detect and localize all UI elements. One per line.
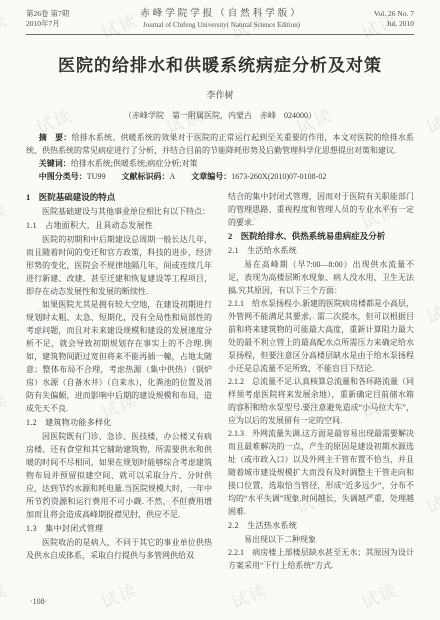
article-title: 医院的给排水和供暖系统病症分析及对策 <box>30 55 410 77</box>
keywords-text: 给排水系统;供暖系统;病症分析;对策 <box>71 159 198 168</box>
body-paragraph: 易出现以下二种现象 <box>228 533 414 546</box>
body-paragraph: 2.1.3 外网流量失调.这方面是最容易出现最需要解决而且最难解决的一点，产生的… <box>228 427 414 518</box>
section-heading: 1.1 占地面积大，且具动态发展性 <box>26 219 212 232</box>
section-heading: 2 医院给排水、供热系统易患病症及分析 <box>228 230 414 243</box>
clc-value: TU99 <box>87 172 106 181</box>
classification-line: 中图分类号：TU99文献标识码：A文章编号：1673-260X(2010)07-… <box>26 170 414 183</box>
header-right: Vol. 26 No. 7 Jul. 2010 <box>374 9 414 30</box>
volume-issue-en: Vol. 26 No. 7 <box>374 9 414 20</box>
keywords-label: 关键词： <box>39 159 71 168</box>
body-columns: 1 医院基础建设的特点医院基础建设与其他事业单位相比有以下特点：1.1 占地面积… <box>26 190 414 572</box>
section-heading: 1 医院基础建设的特点 <box>26 191 212 204</box>
article-affiliation: （赤峰学院 第一附属医院，内蒙古 赤峰 024000） <box>0 110 440 121</box>
body-paragraph: 因医院既有门诊、急诊、医技楼，办公楼又有病房楼、还有食堂和其它辅助建筑物，所需要… <box>26 430 212 521</box>
volume-issue-cn: 第26卷 第7期 <box>26 9 69 20</box>
article-id-label: 文章编号： <box>191 172 231 181</box>
doc-code-value: A <box>169 172 175 181</box>
header-left: 第26卷 第7期 2010年7月 <box>26 9 69 30</box>
body-paragraph: 医院的初期和中后期建设总周期一般长达几年，而且随着时间的变迁和官方政策，科技的进… <box>26 233 212 298</box>
journal-name-en: Journal of Chifeng University( Natural S… <box>140 20 303 30</box>
body-paragraph: 结合的集中封闭式管理，因而对于医院有关职能部门的管理思路、重视程度和管理人员的专… <box>228 190 414 229</box>
header-center: 赤峰学院学报（自然科学版） Journal of Chifeng Univers… <box>140 8 303 30</box>
journal-header: 第26卷 第7期 2010年7月 赤峰学院学报（自然科学版） Journal o… <box>26 0 414 35</box>
body-paragraph: 如果医院尤其是拥有较大空地，在建设初期进行规划时太粗、太急、短期化，没有全局性和… <box>26 298 212 415</box>
keywords-line: 关键词：给排水系统;供暖系统;病症分析;对策 <box>26 157 414 170</box>
section-heading: 2.2 生活热水系统 <box>228 519 414 532</box>
section-heading: 1.3 集中封闭式管理 <box>26 522 212 535</box>
abstract-label: 摘 要： <box>39 133 72 142</box>
article-id-value: 1673-260X(2010)07-0108-02 <box>231 172 326 181</box>
issue-date-cn: 2010年7月 <box>26 19 69 30</box>
issue-date-en: Jul. 2010 <box>374 19 414 30</box>
body-paragraph: 2.1.1 给水泵扬程小.新建的医院病房楼都是小高层，外管网不能满足其要求，需二… <box>228 297 414 375</box>
watermark-text: 试读 <box>227 576 272 613</box>
watermark-text: 试读 <box>357 576 402 613</box>
section-heading: 2.1 生活给水系统 <box>228 244 414 257</box>
clc-label: 中图分类号： <box>39 172 87 181</box>
journal-page: 试读试读试读试读试读试读试读试读试读试读试读试读试读试读试读试读试读试读试读试读… <box>0 0 440 620</box>
watermark-text: 试读 <box>0 576 11 613</box>
abstract-text: 给排水系统、供暖系统的效果对于医院的正常运行起到至关重要的作用，本文对医院的给排… <box>26 133 414 155</box>
abstract: 摘 要：给排水系统、供暖系统的效果对于医院的正常运行起到至关重要的作用，本文对医… <box>26 131 414 157</box>
page-number: ·108· <box>30 597 47 606</box>
watermark-text: 试读 <box>97 576 142 613</box>
right-column: 结合的集中封闭式管理，因而对于医院有关职能部门的管理思路、重视程度和管理人员的专… <box>228 190 414 572</box>
journal-name-cn: 赤峰学院学报（自然科学版） <box>140 8 303 20</box>
body-paragraph: 易在高峰期（早7:00—8:00）出现供水流量不足，表现为高楼层断水现象、病人没… <box>228 258 414 297</box>
section-heading: 1.2 建筑物功能多样化 <box>26 416 212 429</box>
left-column: 1 医院基础建设的特点医院基础建设与其他事业单位相比有以下特点：1.1 占地面积… <box>26 190 212 572</box>
doc-code-label: 文献标识码： <box>121 172 169 181</box>
body-paragraph: 医院基础建设与其他事业单位相比有以下特点： <box>26 205 212 218</box>
body-paragraph: 2.1.2 总流量不足.认真核算总流量和各环路流量（同样须考虑医院将来发展余地）… <box>228 375 414 427</box>
body-paragraph: 2.2.1 病房楼上部楼层缺水甚至无水；其原因为设计方案采用“下行上给系统”方式… <box>228 546 414 572</box>
article-author: 李作树 <box>0 88 440 101</box>
body-paragraph: 医院收治的是病人，不同于其它的事业单位供热及供水自成体系，采取自行提供与多管网供… <box>26 536 212 562</box>
